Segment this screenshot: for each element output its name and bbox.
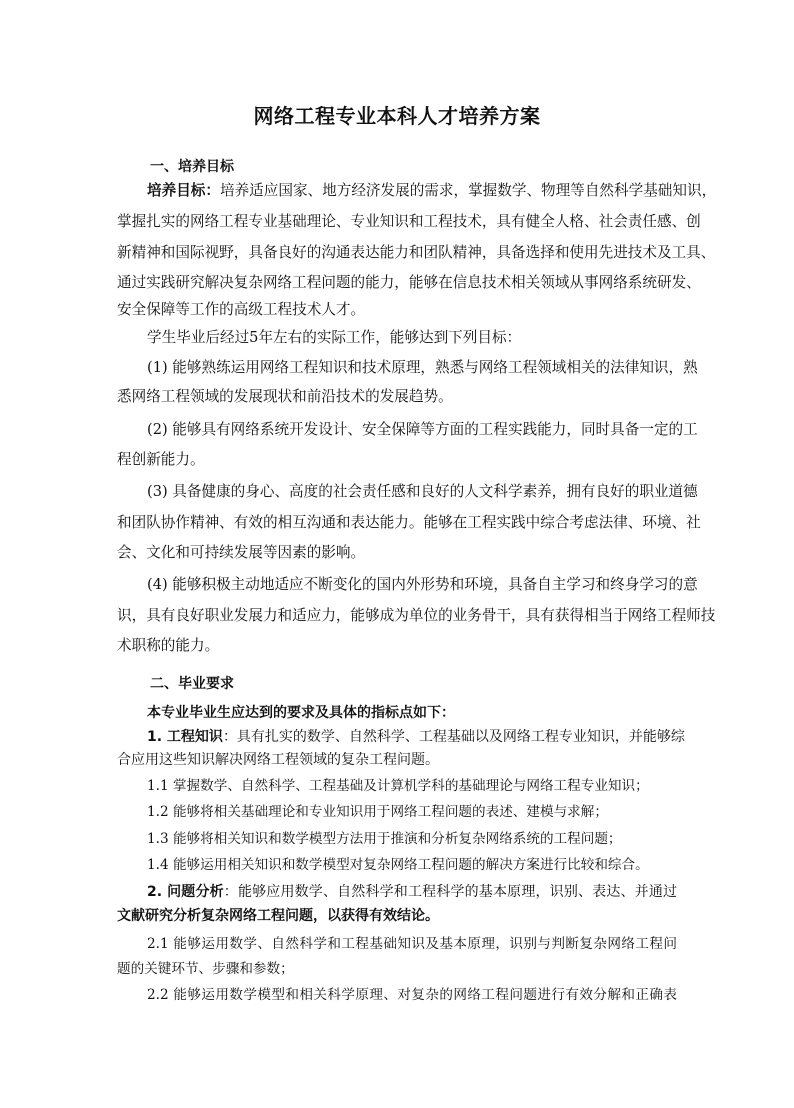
objective-4-cont: 术职称的能力。 [117, 636, 677, 656]
section-heading-requirements: 二、毕业要求 [150, 673, 234, 693]
requirement-2: 2. 问题分析：能够应用数学、自然科学和工程科学的基本原理，识别、表达、并通过 [147, 882, 677, 902]
objective-3-cont: 和团队协作精神、有效的相互沟通和表达能力。能够在工程实践中综合考虑法律、环境、社 [117, 513, 677, 533]
indicator-2-1: 2.1 能够运用数学、自然科学和工程基础知识及基本原理，识别与判断复杂网络工程问 [147, 934, 677, 954]
document-page: 网络工程专业本科人才培养方案 一、培养目标 培养目标：培养适应国家、地方经济发展… [0, 0, 794, 1108]
requirement-2-cont: 文献研究分析复杂网络工程问题，以获得有效结论。 [117, 906, 677, 926]
indicator-2-2: 2.2 能够运用数学模型和相关科学原理、对复杂的网络工程问题进行有效分解和正确表 [147, 985, 677, 1005]
objective-3: (3) 具备健康的身心、高度的社会责任感和良好的人文科学素养，拥有良好的职业道德 [147, 482, 677, 502]
objective-1-cont: 悉网络工程领域的发展现状和前沿技术的发展趋势。 [117, 387, 677, 407]
goal-paragraph-line: 培养目标：培养适应国家、地方经济发展的需求，掌握数学、物理等自然科学基础知识， [147, 181, 677, 201]
requirement-1-cont: 合应用这些知识解决网络工程领域的复杂工程问题。 [117, 750, 677, 770]
goal-label: 培养目标： [147, 182, 220, 199]
requirement-1: 1. 工程知识：具有扎实的数学、自然科学、工程基础以及网络工程专业知识，并能够综 [147, 727, 677, 747]
requirement-1-label: 1. 工程知识 [147, 729, 223, 745]
objectives-intro: 学生毕业后经过5年左右的实际工作，能够达到下列目标： [147, 328, 677, 348]
goal-paragraph-line: 掌握扎实的网络工程专业基础理论、专业知识和工程技术，具有健全人格、社会责任感、创 [117, 212, 677, 232]
objective-4: (4) 能够积极主动地适应不断变化的国内外形势和环境，具备自主学习和终身学习的意 [147, 575, 677, 595]
indicator-1-2: 1.2 能够将相关基础理论和专业知识用于网络工程问题的表述、建模与求解； [147, 802, 677, 822]
objective-2: (2) 能够具有网络系统开发设计、安全保障等方面的工程实践能力，同时具备一定的工 [147, 420, 677, 440]
goal-paragraph-line: 安全保障等工作的高级工程技术人才。 [117, 300, 677, 320]
objective-2-cont: 程创新能力。 [117, 450, 677, 470]
requirements-intro: 本专业毕业生应达到的要求及具体的指标点如下： [147, 703, 677, 723]
goal-paragraph-line: 通过实践研究解决复杂网络工程问题的能力，能够在信息技术相关领域从事网络系统研发、 [117, 273, 677, 293]
indicator-1-1: 1.1 掌握数学、自然科学、工程基础及计算机学科的基础理论与网络工程专业知识； [147, 776, 677, 796]
objective-1: (1) 能够熟练运用网络工程知识和技术原理，熟悉与网络工程领域相关的法律知识，熟 [147, 358, 677, 378]
objective-3-cont: 会、文化和可持续发展等因素的影响。 [117, 543, 677, 563]
section-heading-goals: 一、培养目标 [150, 156, 234, 176]
indicator-1-4: 1.4 能够运用相关知识和数学模型对复杂网络工程问题的解决方案进行比较和综合。 [147, 855, 677, 875]
indicator-2-1-cont: 题的关键环节、步骤和参数； [117, 959, 677, 979]
goal-paragraph-line: 新精神和国际视野，具备良好的沟通表达能力和团队精神，具备选择和使用先进技术及工具… [117, 243, 677, 263]
indicator-1-3: 1.3 能够将相关知识和数学模型方法用于推演和分析复杂网络系统的工程问题； [147, 829, 677, 849]
document-title: 网络工程专业本科人才培养方案 [0, 100, 794, 129]
requirement-2-label: 2. 问题分析 [147, 884, 224, 900]
objective-4-cont: 识，具有良好职业发展力和适应力，能够成为单位的业务骨干，具有获得相当于网络工程师… [117, 606, 677, 626]
